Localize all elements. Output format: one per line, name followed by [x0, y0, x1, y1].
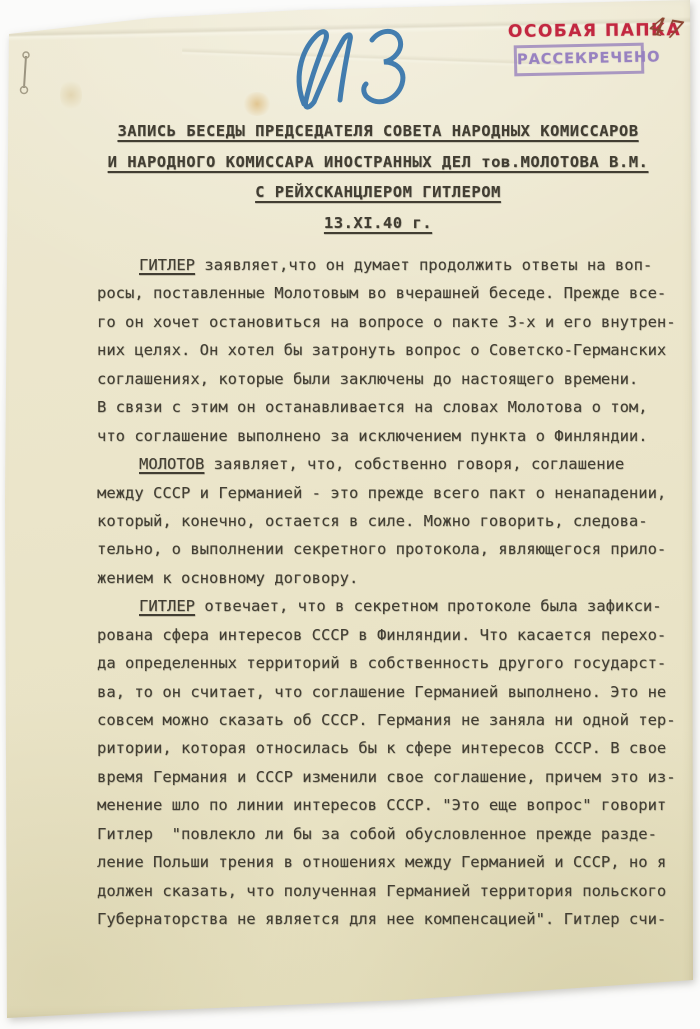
body-line: время Германия и СССР изменили свое согл…	[97, 763, 669, 791]
title-line: И НАРОДНОГО КОМИССАРА ИНОСТРАННЫХ ДЕЛ то…	[97, 147, 659, 178]
body-line: Губернаторства не является для нее компе…	[97, 905, 669, 933]
document-scan: ОСОБАЯ ПАПКА РАССЕКРЕЧЕНО 47 ЗАПИСЬ БЕСЕ…	[0, 0, 700, 1029]
body-line: тельно, о выполнении секретного протокол…	[97, 535, 669, 563]
body-line: менение шло по линии интересов СССР. "Эт…	[97, 791, 669, 819]
body-line: Гитлер "повлекло ли бы за собой обусловл…	[97, 820, 669, 848]
body-line: го он хочет остановиться на вопросе о па…	[97, 308, 669, 336]
body-line: рована сфера интересов СССР в Финляндии.…	[97, 621, 669, 649]
title-line: ЗАПИСЬ БЕСЕДЫ ПРЕДСЕДАТЕЛЯ СОВЕТА НАРОДН…	[97, 116, 659, 147]
body-line: ГИТЛЕР заявляет,что он думает продолжить…	[97, 251, 669, 279]
body-line: ление Польши трения в отношениях между Г…	[97, 848, 669, 876]
body-line: между СССР и Германией - это прежде всег…	[97, 479, 669, 507]
body-line: жением к основному договору.	[97, 564, 669, 592]
title-line: 13.XI.40 г.	[97, 208, 659, 239]
title-block: ЗАПИСЬ БЕСЕДЫ ПРЕДСЕДАТЕЛЯ СОВЕТА НАРОДН…	[97, 116, 659, 238]
paper-stain	[242, 92, 272, 116]
handwritten-number-icon	[280, 16, 460, 116]
body-line: совсем можно сказать об СССР. Германия н…	[97, 706, 669, 734]
speaker-name: ГИТЛЕР	[139, 256, 195, 274]
declassified-stamp: РАССЕКРЕЧЕНО	[514, 43, 645, 77]
body-line: росы, поставленные Молотовым во вчерашне…	[97, 279, 669, 307]
body-line: ва, то он считает, что соглашение Герман…	[97, 678, 669, 706]
special-folder-stamp: ОСОБАЯ ПАПКА	[508, 20, 681, 42]
staple-mark-icon	[12, 48, 42, 98]
paper-wrap: ОСОБАЯ ПАПКА РАССЕКРЕЧЕНО 47 ЗАПИСЬ БЕСЕ…	[0, 0, 700, 1029]
body-line: соглашениях, которые были заключены до н…	[97, 365, 669, 393]
body-line: МОЛОТОВ заявляет, что, собственно говоря…	[97, 450, 669, 478]
body-line: В связи с этим он останавливается на сло…	[97, 393, 669, 421]
body-line: который, конечно, остается в силе. Можно…	[97, 507, 669, 535]
body-line: должен сказать, что полученная Германией…	[97, 877, 669, 905]
corner-folio-number: 47	[648, 11, 686, 45]
body-line: них целях. Он хотел бы затронуть вопрос …	[97, 336, 669, 364]
speaker-name: МОЛОТОВ	[139, 455, 204, 473]
body-line: что соглашение выполнено за исключением …	[97, 422, 669, 450]
body-line: ГИТЛЕР отвечает, что в секретном протоко…	[97, 592, 669, 620]
document-body: ГИТЛЕР заявляет,что он думает продолжить…	[97, 251, 669, 934]
paper-stain	[60, 78, 82, 112]
title-line: С РЕЙХСКАНЦЛЕРОМ ГИТЛЕРОМ	[97, 177, 659, 208]
paper-crease	[2, 17, 696, 42]
paper-crease	[182, 47, 562, 68]
speaker-name: ГИТЛЕР	[139, 597, 195, 615]
body-line: ритории, которая относилась бы к сфере и…	[97, 734, 669, 762]
document-page: ОСОБАЯ ПАПКА РАССЕКРЕЧЕНО 47 ЗАПИСЬ БЕСЕ…	[2, 0, 696, 1022]
body-line: да определенных территорий в собственнос…	[97, 649, 669, 677]
